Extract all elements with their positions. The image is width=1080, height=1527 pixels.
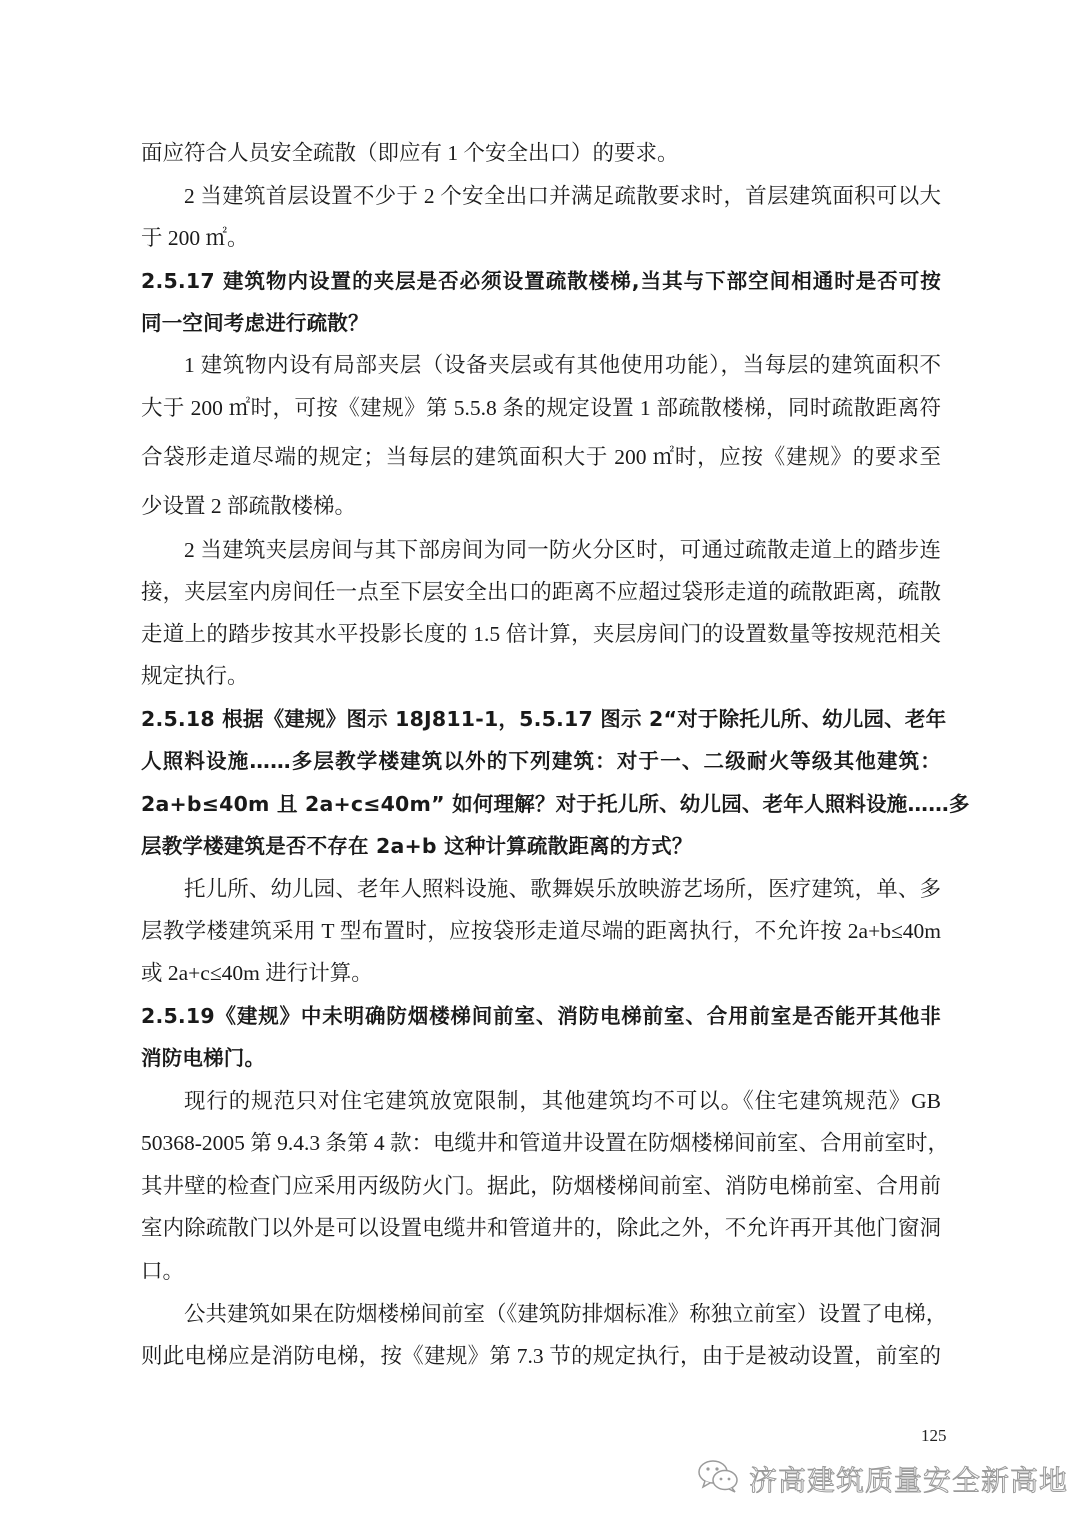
body-text-line: 室内除疏散门以外是可以设置电缆井和管道井的，除此之外，不允许再开其他门窗洞 <box>141 1213 941 1243</box>
section-heading-2-5-17-cont: 同一空间考虑进行疏散？ <box>141 308 941 338</box>
section-heading-2-5-17: 2.5.17 建筑物内设置的夹层是否必须设置疏散楼梯,当其与下部空间相通时是否可… <box>141 266 941 296</box>
body-text-line: 50368-2005 第 9.4.3 条第 4 款：电缆井和管道井设置在防烟楼梯… <box>141 1128 941 1158</box>
body-text-line: 接，夹层室内房间任一点至下层安全出口的距离不应超过袋形走道的疏散距离，疏散 <box>141 577 941 607</box>
section-heading-2-5-18-cont: 人照料设施……多层教学楼建筑以外的下列建筑：对于一、二级耐火等级其他建筑： <box>141 746 941 776</box>
watermark-text: 济高建筑质量安全新高地 <box>749 1459 1068 1499</box>
body-text-line: 托儿所、幼儿园、老年人照料设施、歌舞娱乐放映游艺场所，医疗建筑，单、多 <box>184 874 941 904</box>
body-text-line: 于 200 ㎡。 <box>141 223 941 253</box>
section-heading-2-5-19-cont: 消防电梯门。 <box>141 1043 941 1073</box>
body-text-line: 层教学楼建筑采用 T 型布置时，应按袋形走道尽端的距离执行，不允许按 2a+b≤… <box>141 916 941 946</box>
body-text-line: 公共建筑如果在防烟楼梯间前室（《建筑防排烟标准》称独立前室）设置了电梯， <box>184 1299 941 1329</box>
section-heading-2-5-19: 2.5.19《建规》中未明确防烟楼梯间前室、消防电梯前室、合用前室是否能开其他非 <box>141 1001 941 1031</box>
body-text-line: 现行的规范只对住宅建筑放宽限制，其他建筑均不可以。《住宅建筑规范》GB <box>184 1086 941 1116</box>
section-heading-2-5-18: 2.5.18 根据《建规》图示 18J811-1，5.5.17 图示 2“对于除… <box>141 704 941 734</box>
wechat-icon <box>697 1458 741 1499</box>
section-heading-2-5-18-cont: 层教学楼建筑是否不存在 2a+b 这种计算疏散距离的方式？ <box>141 831 941 861</box>
watermark: 济高建筑质量安全新高地 <box>697 1458 1068 1499</box>
body-text-line: 其井壁的检查门应采用丙级防火门。据此，防烟楼梯间前室、消防电梯前室、合用前 <box>141 1171 941 1201</box>
body-text-line: 合袋形走道尽端的规定；当每层的建筑面积大于 200 ㎡时，应按《建规》的要求至 <box>141 442 941 472</box>
body-text-line: 口。 <box>141 1256 941 1286</box>
body-text-line: 走道上的踏步按其水平投影长度的 1.5 倍计算，夹层房间门的设置数量等按规范相关 <box>141 619 941 649</box>
body-text-line: 面应符合人员安全疏散（即应有 1 个安全出口）的要求。 <box>141 138 941 168</box>
page-number: 125 <box>921 1426 947 1446</box>
body-text-line: 或 2a+c≤40m 进行计算。 <box>141 958 941 988</box>
section-heading-2-5-18-cont: 2a+b≤40m 且 2a+c≤40m” 如何理解？对于托儿所、幼儿园、老年人照… <box>141 789 941 819</box>
body-text-line: 规定执行。 <box>141 661 941 691</box>
body-text-line: 则此电梯应是消防电梯，按《建规》第 7.3 节的规定执行，由于是被动设置，前室的 <box>141 1341 941 1371</box>
body-text-line: 2 当建筑首层设置不少于 2 个安全出口并满足疏散要求时，首层建筑面积可以大 <box>184 181 941 211</box>
body-text-line: 大于 200 ㎡时，可按《建规》第 5.5.8 条的规定设置 1 部疏散楼梯，同… <box>141 393 941 423</box>
body-text-line: 1 建筑物内设有局部夹层（设备夹层或有其他使用功能），当每层的建筑面积不 <box>184 350 941 380</box>
body-text-line: 少设置 2 部疏散楼梯。 <box>141 491 941 521</box>
document-page: 面应符合人员安全疏散（即应有 1 个安全出口）的要求。 2 当建筑首层设置不少于… <box>0 0 1080 1527</box>
body-text-line: 2 当建筑夹层房间与其下部房间为同一防火分区时，可通过疏散走道上的踏步连 <box>184 535 941 565</box>
